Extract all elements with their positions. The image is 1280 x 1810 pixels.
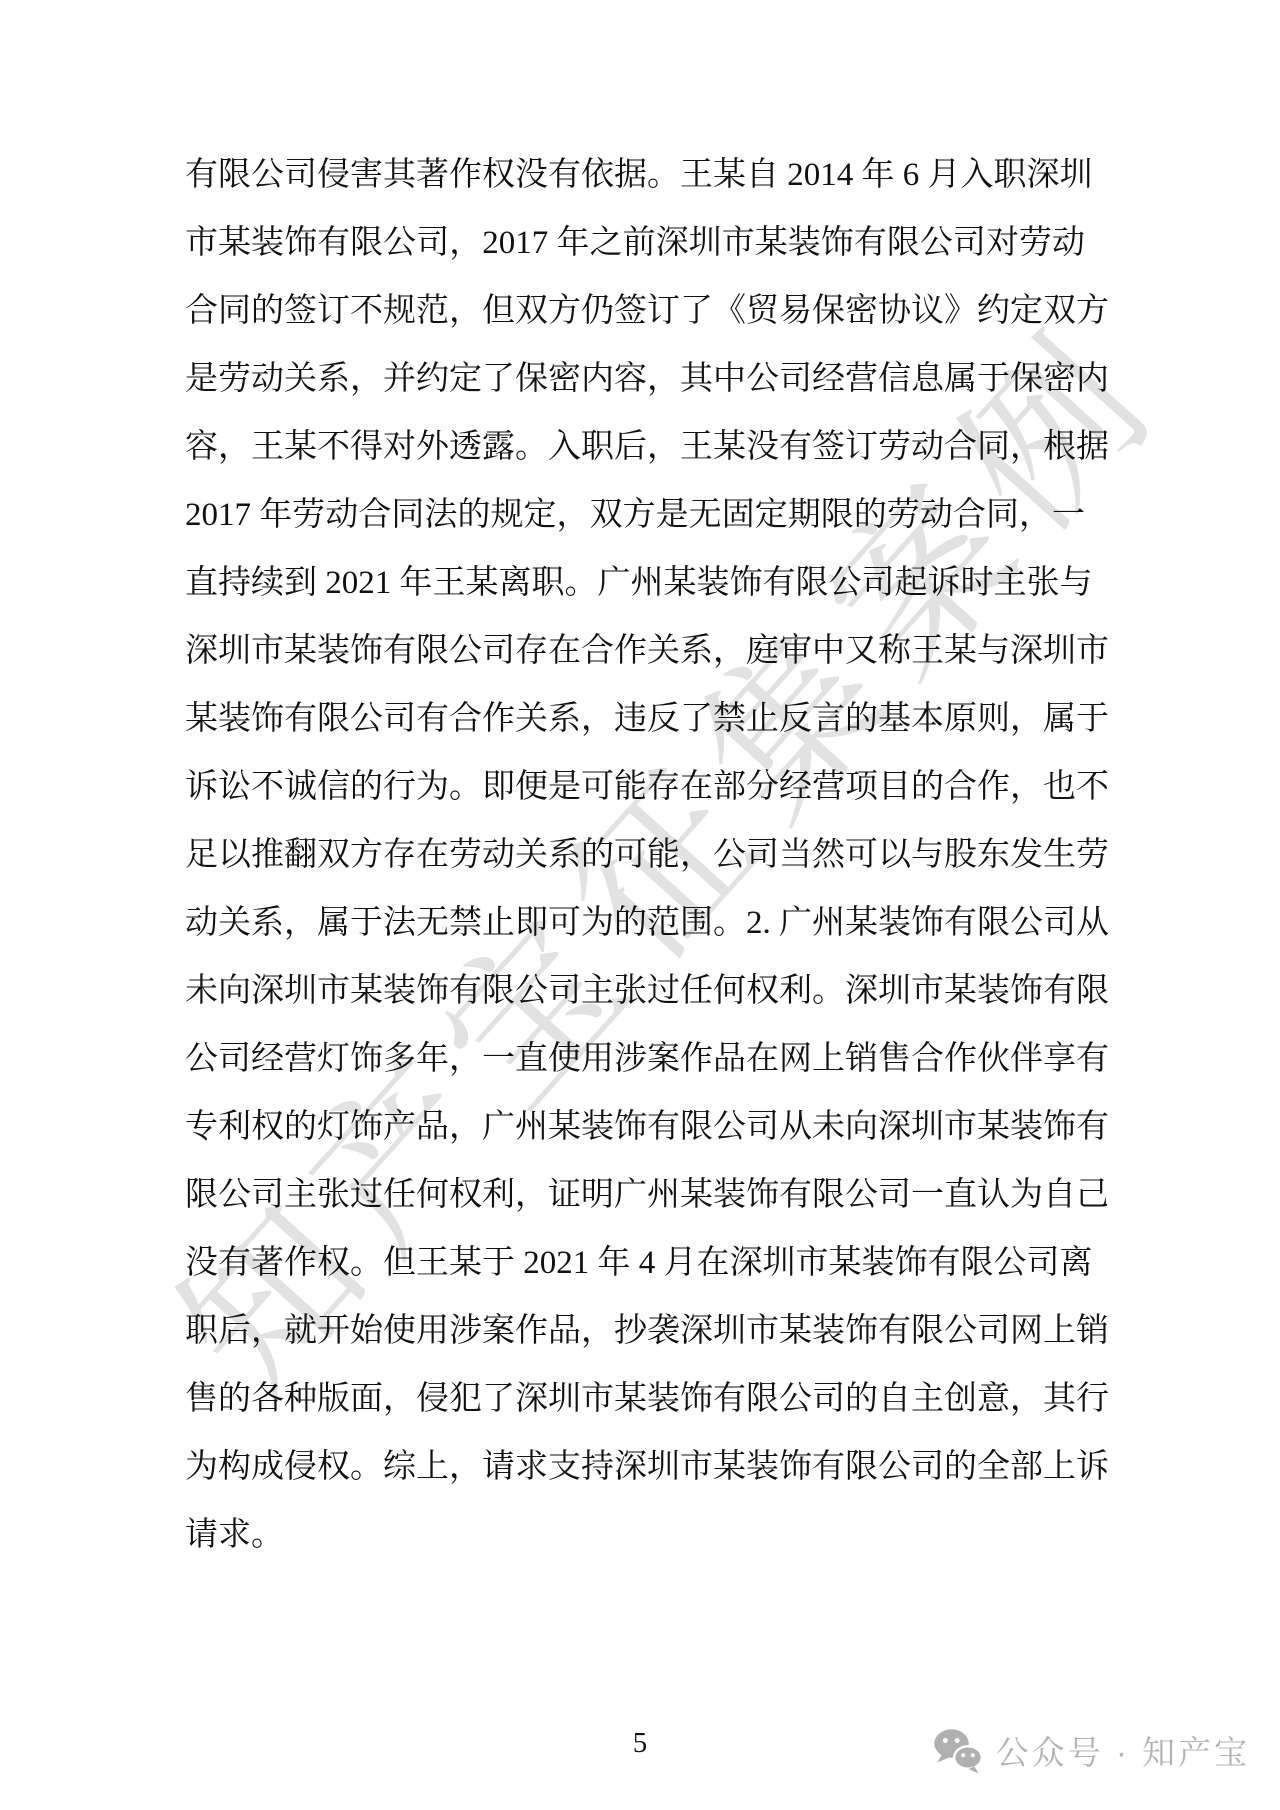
text-line: 公司经营灯饰多年，一直使用涉案作品在网上销售合作伙伴享有	[185, 1025, 1085, 1093]
text-line: 是劳动关系，并约定了保密内容，其中公司经营信息属于保密内	[185, 345, 1085, 413]
body-text: 有限公司侵害其著作权没有依据。王某自 2014 年 6 月入职深圳 市某装饰有限…	[185, 141, 1085, 1569]
text-line: 合同的签订不规范，但双方仍签订了《贸易保密协议》约定双方	[185, 277, 1085, 345]
text-line: 动关系，属于法无禁止即可为的范围。2. 广州某装饰有限公司从	[185, 889, 1085, 957]
text-line: 容，王某不得对外透露。入职后，王某没有签订劳动合同，根据	[185, 413, 1085, 481]
text-line: 某装饰有限公司有合作关系，违反了禁止反言的基本原则，属于	[185, 685, 1085, 753]
text-line: 没有著作权。但王某于 2021 年 4 月在深圳市某装饰有限公司离	[185, 1229, 1085, 1297]
text-line: 市某装饰有限公司，2017 年之前深圳市某装饰有限公司对劳动	[185, 209, 1085, 277]
wechat-badge: 公众号 · 知产宝	[933, 1727, 1250, 1774]
text-line: 诉讼不诚信的行为。即便是可能存在部分经营项目的合作，也不	[185, 753, 1085, 821]
text-line: 专利权的灯饰产品，广州某装饰有限公司从未向深圳市某装饰有	[185, 1093, 1085, 1161]
text-line: 为构成侵权。综上，请求支持深圳市某装饰有限公司的全部上诉	[185, 1433, 1085, 1501]
text-line: 深圳市某装饰有限公司存在合作关系，庭审中又称王某与深圳市	[185, 617, 1085, 685]
wechat-account-label: 公众号 · 知产宝	[996, 1727, 1250, 1774]
document-page: 知产宝征集案例 有限公司侵害其著作权没有依据。王某自 2014 年 6 月入职深…	[0, 0, 1280, 1810]
text-line: 请求。	[185, 1501, 1085, 1569]
text-line: 足以推翻双方存在劳动关系的可能，公司当然可以与股东发生劳	[185, 821, 1085, 889]
text-line: 职后，就开始使用涉案作品，抄袭深圳市某装饰有限公司网上销	[185, 1297, 1085, 1365]
text-line: 售的各种版面，侵犯了深圳市某装饰有限公司的自主创意，其行	[185, 1365, 1085, 1433]
text-line: 未向深圳市某装饰有限公司主张过任何权利。深圳市某装饰有限	[185, 957, 1085, 1025]
text-line: 限公司主张过任何权利，证明广州某装饰有限公司一直认为自己	[185, 1161, 1085, 1229]
text-line: 2017 年劳动合同法的规定，双方是无固定期限的劳动合同，一	[185, 481, 1085, 549]
wechat-icon	[933, 1728, 983, 1774]
text-line: 有限公司侵害其著作权没有依据。王某自 2014 年 6 月入职深圳	[185, 141, 1085, 209]
text-line: 直持续到 2021 年王某离职。广州某装饰有限公司起诉时主张与	[185, 549, 1085, 617]
